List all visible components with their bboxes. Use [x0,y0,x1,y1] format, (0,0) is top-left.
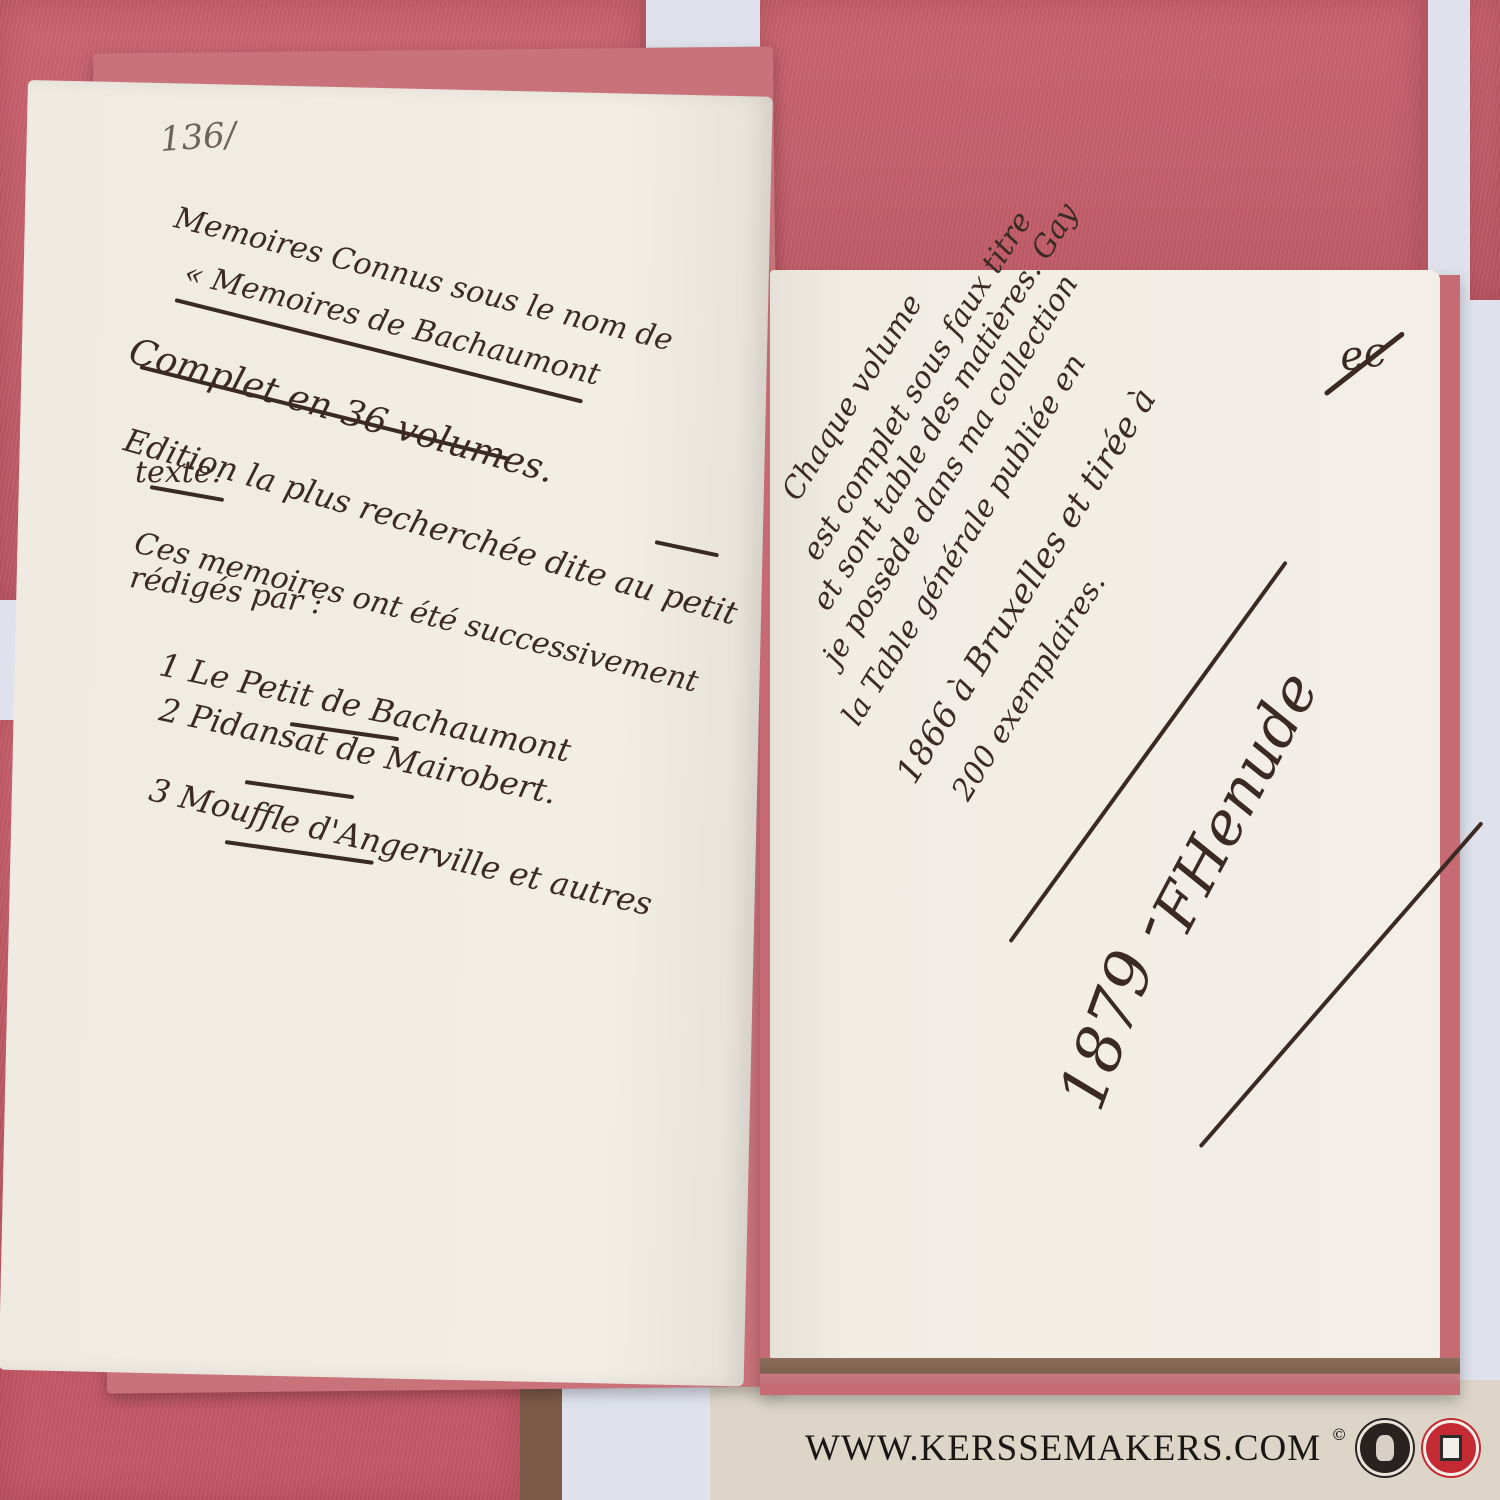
nvva-seal-icon [1357,1420,1413,1476]
watermark-url: WWW.KERSSEMAKERS.COM [805,1427,1321,1470]
watermark: WWW.KERSSEMAKERS.COM © [805,1428,1479,1468]
background-book-far-right [1470,0,1500,300]
copyright-symbol: © [1331,1425,1347,1444]
catalog-number: 136/ [159,115,238,160]
handwritten-line: texte. [135,455,221,490]
background-book-top-right [760,0,1428,300]
collector-mark: ec [1337,329,1389,381]
ilab-seal-icon [1423,1420,1479,1476]
book-bottom-edge [760,1358,1460,1384]
